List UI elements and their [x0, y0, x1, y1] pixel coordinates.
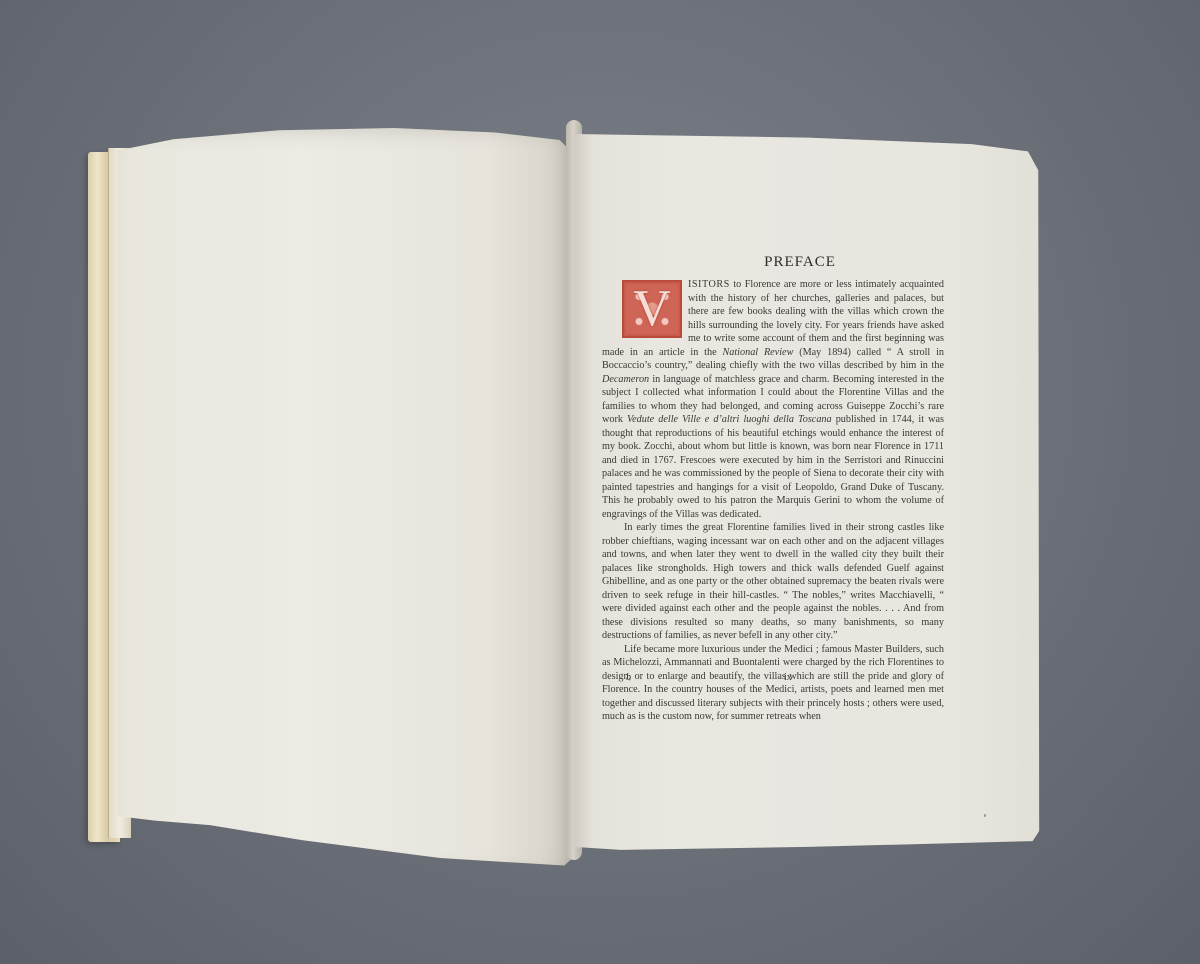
italic-title: Decameron: [602, 374, 649, 385]
page-number: ix: [784, 672, 792, 683]
preface-text: V ISITORS to Florence are more or less i…: [602, 278, 944, 724]
italic-title: Vedute delle Ville e d’altri luoghi dell…: [627, 414, 832, 425]
paragraph-text: published in 1744, it was thought that r…: [602, 414, 944, 520]
lead-word: ISITORS: [688, 279, 730, 290]
illuminated-dropcap: V: [622, 280, 682, 338]
italic-title: National Review: [722, 347, 793, 358]
paragraph-1: V ISITORS to Florence are more or less i…: [602, 278, 944, 521]
paragraph-2: In early times the great Florentine fami…: [602, 521, 944, 643]
signature-mark: b: [626, 672, 631, 683]
page-title: PREFACE: [740, 254, 860, 271]
left-page-blank: [118, 128, 578, 876]
dropcap-letter: V: [622, 280, 682, 338]
photo-scene: PREFACE V ISITORS to Florence are more o…: [0, 0, 1200, 964]
paper-speck: [984, 814, 986, 817]
paragraph-3: Life became more luxurious under the Med…: [602, 643, 944, 724]
